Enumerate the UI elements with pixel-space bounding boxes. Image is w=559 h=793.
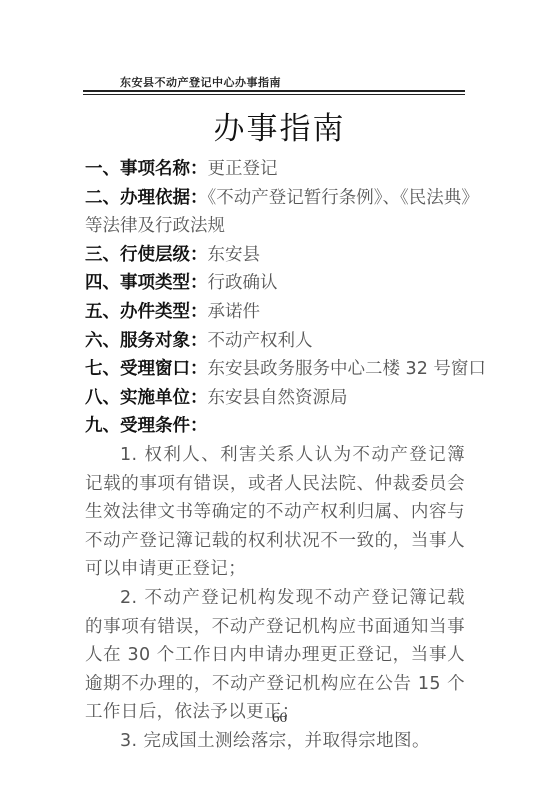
item-exercise-level: 三、行使层级：东安县 — [85, 241, 465, 270]
item-value: 更正登记 — [208, 159, 278, 179]
item-label: 七、受理窗口： — [85, 359, 208, 379]
item-service-target: 六、服务对象：不动产权利人 — [85, 327, 465, 356]
item-label: 八、实施单位： — [85, 388, 208, 408]
condition-paragraph-2: 2. 不动产登记机构发现不动产登记簿记载的事项有错误，不动产登记机构应书面通知当… — [85, 584, 465, 727]
item-label: 二、办理依据： — [85, 188, 208, 208]
document-page: 东安县不动产登记中心办事指南 办事指南 一、事项名称：更正登记 二、办理依据：《… — [0, 0, 559, 793]
header-divider — [83, 90, 465, 95]
item-label: 四、事项类型： — [85, 273, 208, 293]
page-number: 66 — [0, 710, 559, 727]
item-matter-type: 四、事项类型：行政确认 — [85, 269, 465, 298]
item-label: 九、受理条件： — [85, 416, 208, 436]
page-title: 办事指南 — [0, 103, 559, 148]
header-divider-thick — [83, 90, 465, 92]
item-legal-basis: 二、办理依据：《不动产登记暂行条例》、《民法典》 — [85, 184, 465, 213]
condition-paragraph-3: 3. 完成国土测绘落宗，并取得宗地图。 — [85, 727, 465, 756]
item-implementing-unit: 八、实施单位：东安县自然资源局 — [85, 384, 465, 413]
item-value: 东安县 — [208, 245, 261, 265]
item-label: 一、事项名称： — [85, 159, 208, 179]
item-label: 六、服务对象： — [85, 331, 208, 351]
header-divider-thin — [83, 94, 465, 95]
condition-paragraph-1: 1. 权利人、利害关系人认为不动产登记簿记载的事项有错误，或者人民法院、仲裁委员… — [85, 441, 465, 584]
item-label: 五、办件类型： — [85, 302, 208, 322]
item-label: 三、行使层级： — [85, 245, 208, 265]
item-acceptance-conditions: 九、受理条件： — [85, 412, 465, 441]
item-value: 不动产权利人 — [208, 331, 313, 351]
document-body: 一、事项名称：更正登记 二、办理依据：《不动产登记暂行条例》、《民法典》 等法律… — [85, 155, 465, 755]
item-value: 东安县自然资源局 — [208, 388, 348, 408]
item-acceptance-window: 七、受理窗口：东安县政务服务中心二楼 32 号窗口 — [85, 355, 465, 384]
item-value: 《不动产登记暂行条例》、《民法典》 — [208, 188, 479, 208]
item-value: 东安县政务服务中心二楼 32 号窗口 — [208, 359, 486, 379]
item-matter-name: 一、事项名称：更正登记 — [85, 155, 465, 184]
item-case-type: 五、办件类型：承诺件 — [85, 298, 465, 327]
running-header: 东安县不动产登记中心办事指南 — [120, 74, 281, 90]
item-value: 行政确认 — [208, 273, 278, 293]
item-legal-basis-continuation: 等法律及行政法规 — [85, 212, 465, 241]
item-value: 承诺件 — [208, 302, 261, 322]
